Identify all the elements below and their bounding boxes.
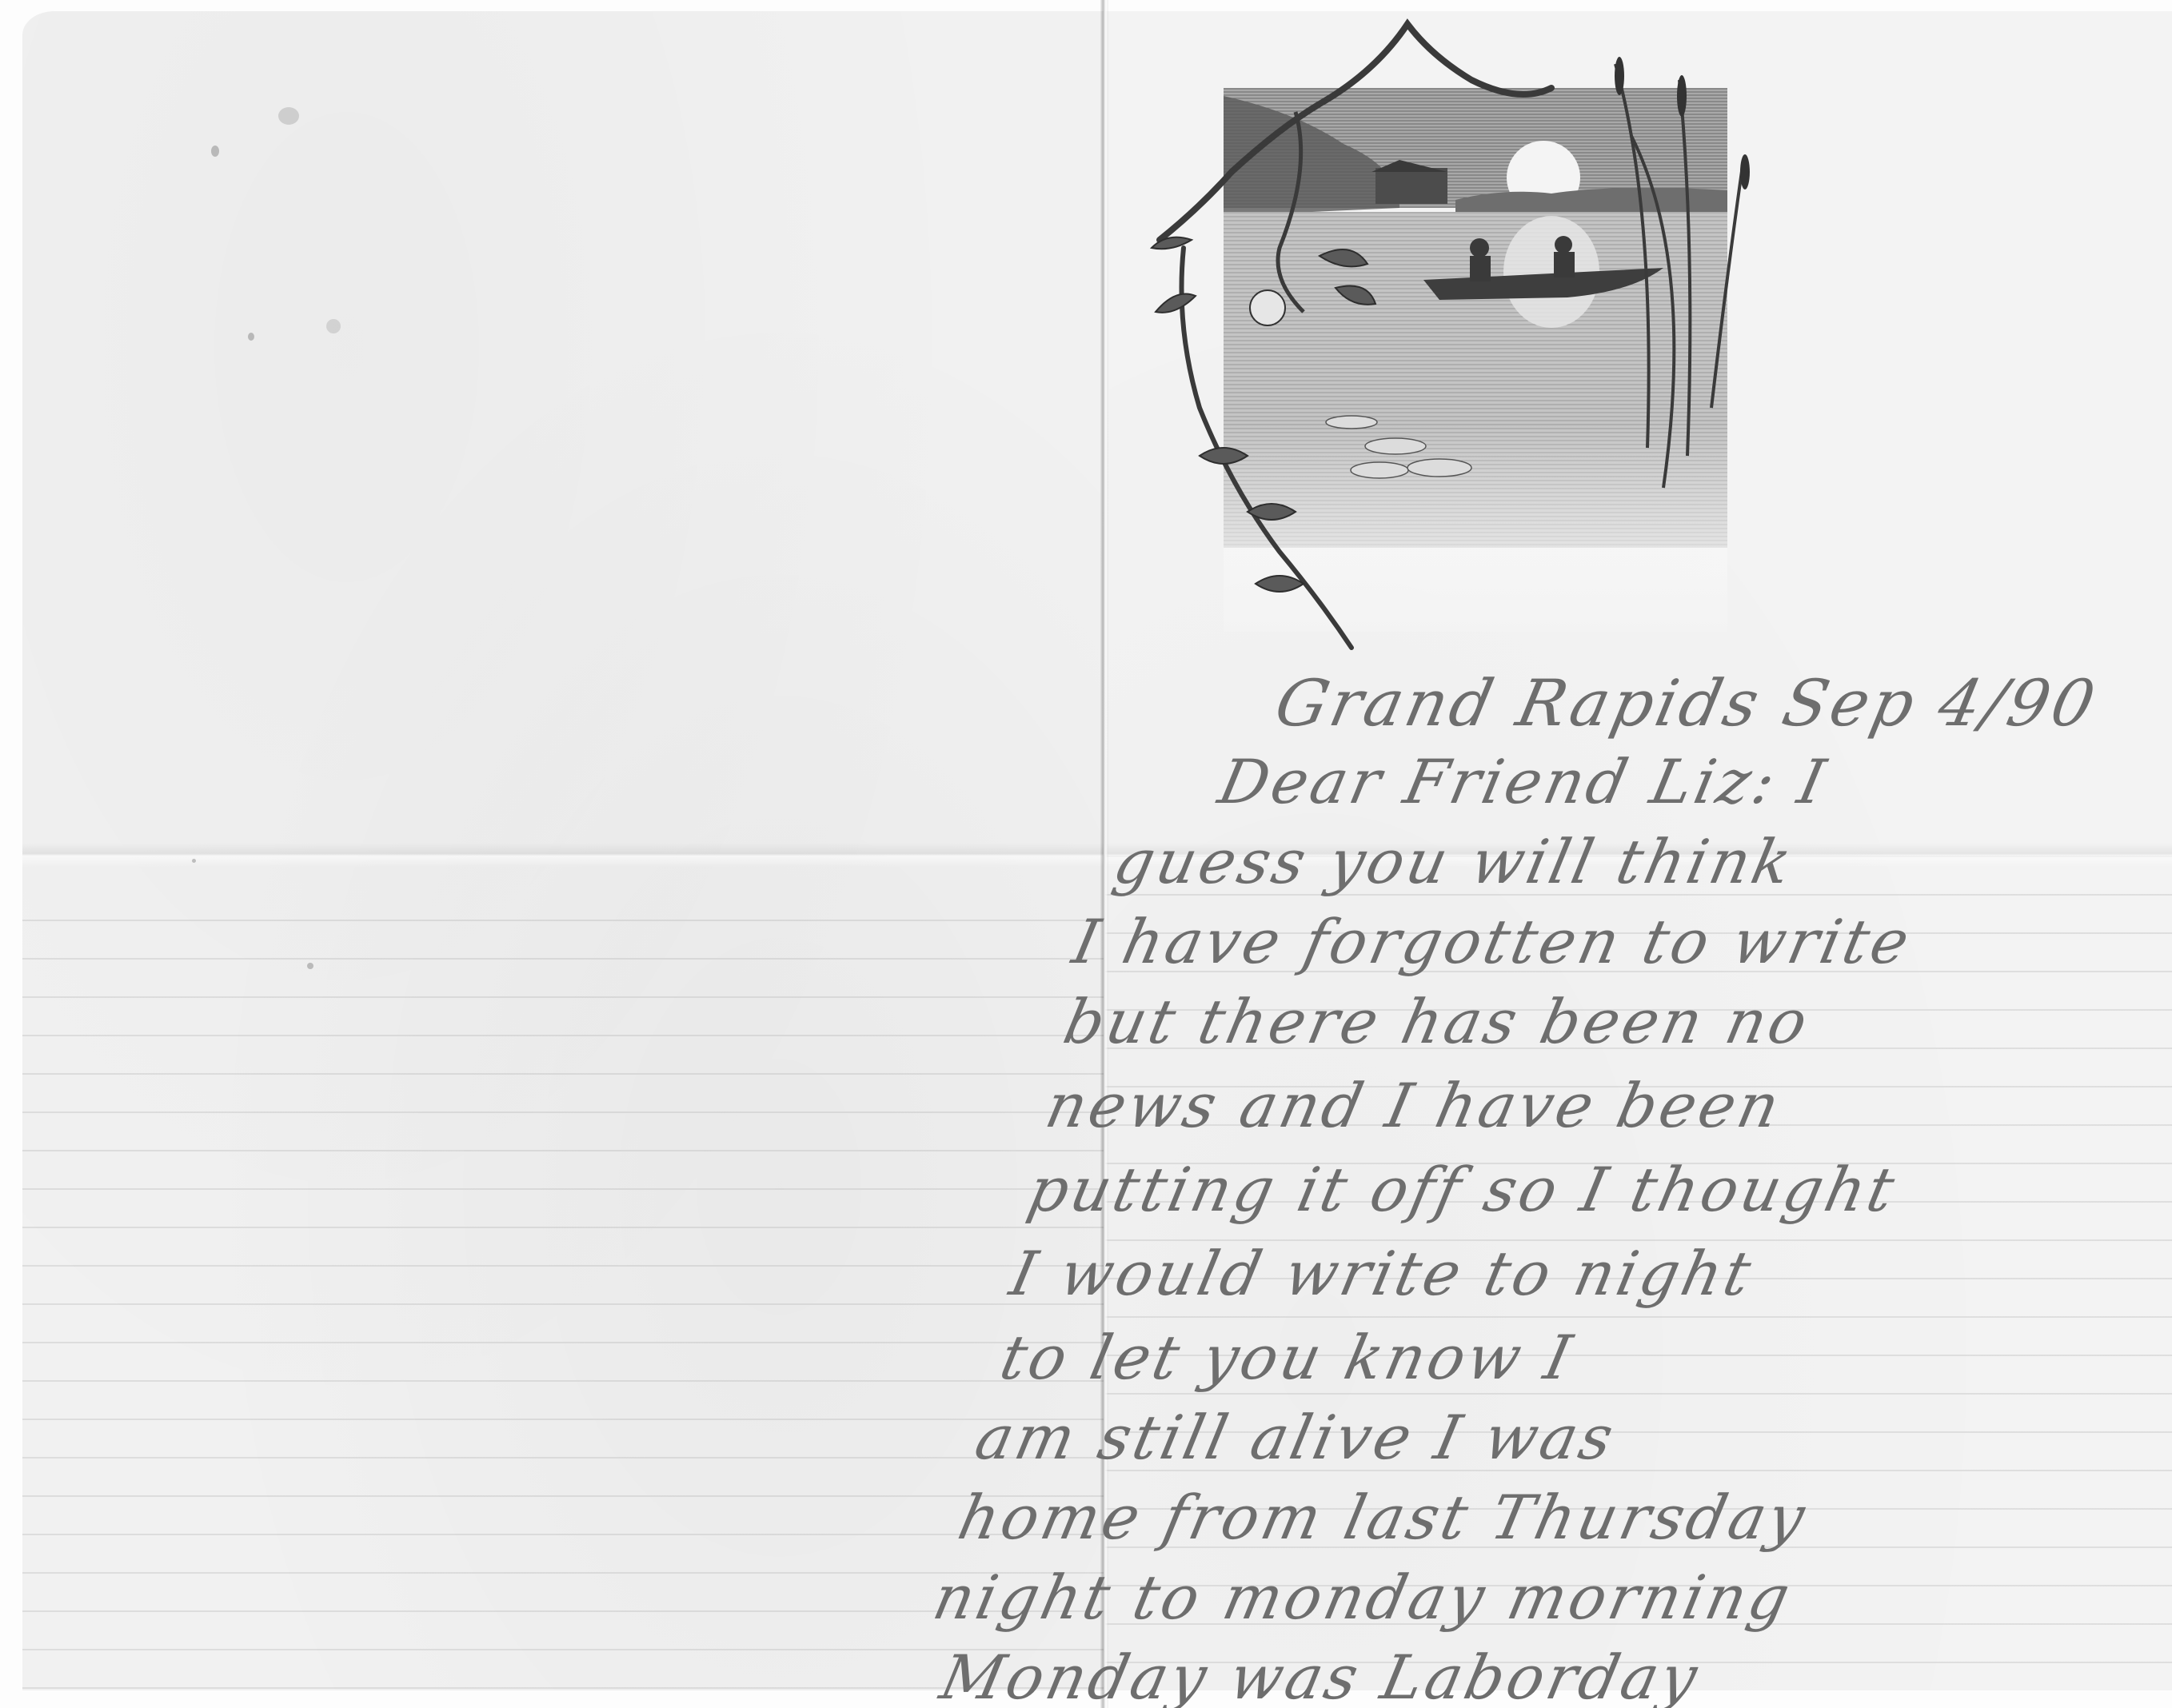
left-page bbox=[22, 11, 1104, 1690]
letter-line: to let you know I bbox=[996, 1327, 1579, 1388]
letter-line: Dear Friend Liz: I bbox=[1214, 752, 1834, 812]
letter-line: I have forgotten to write bbox=[1068, 912, 1917, 972]
lily-pad bbox=[1351, 462, 1408, 478]
letter-line: putting it off so I thought bbox=[1023, 1159, 1902, 1220]
letter-line: am still alive I was bbox=[970, 1407, 1621, 1468]
ink-spot bbox=[326, 319, 341, 333]
lily-pad bbox=[1326, 416, 1377, 429]
letter-line: guess you will think bbox=[1108, 832, 1799, 892]
lake-illustration bbox=[1136, 8, 1775, 656]
ink-spot bbox=[192, 859, 196, 863]
ink-spot bbox=[248, 333, 254, 341]
letter-line: home from last Thursday bbox=[953, 1487, 1813, 1548]
letter-line: night to monday morning bbox=[928, 1567, 1798, 1628]
ink-spot bbox=[307, 963, 313, 969]
scanned-letter: Grand Rapids Sep 4/90 Dear Friend Liz: I… bbox=[0, 0, 2172, 1708]
cottage bbox=[1375, 168, 1447, 204]
letter-line: but there has been no bbox=[1059, 992, 1815, 1052]
ink-spot bbox=[211, 146, 219, 157]
letter-line: Monday was Laborday bbox=[936, 1647, 1706, 1708]
ink-spot bbox=[278, 107, 299, 125]
letter-line: news and I have been bbox=[1041, 1075, 1787, 1136]
flower bbox=[1250, 290, 1285, 325]
horizontal-fold bbox=[22, 843, 1104, 867]
letter-dateline: Grand Rapids Sep 4/90 bbox=[1270, 672, 2103, 736]
lily-pad bbox=[1407, 459, 1471, 477]
letter-line: I would write to night bbox=[1005, 1243, 1759, 1304]
lily-pad bbox=[1365, 438, 1426, 454]
